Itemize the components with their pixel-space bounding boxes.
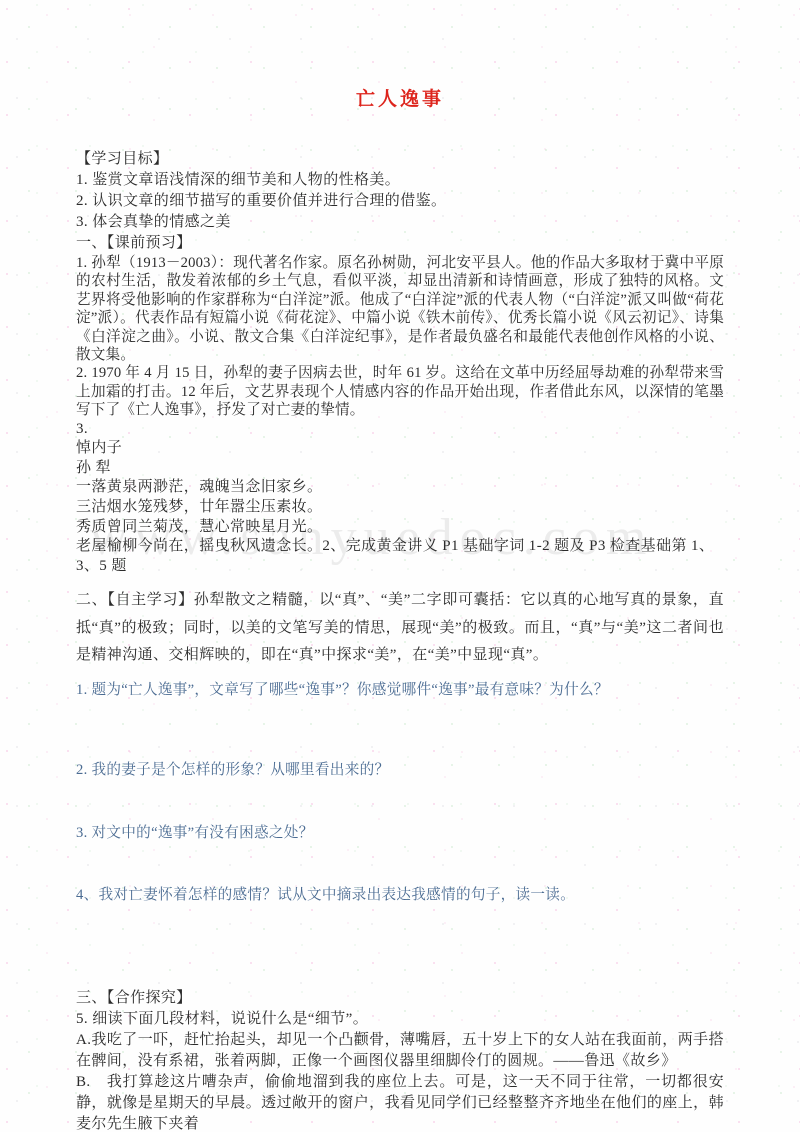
question-1: 1. 题为“亡人逸事”，文章写了哪些“逸事”？你感觉哪件“逸事”最有意味？为什么…: [76, 680, 724, 701]
document-page: www.sanyuedoc.com 亡人逸事 【学习目标】 1. 鉴赏文章语浅情…: [0, 0, 800, 1132]
preview-para-background: 2. 1970 年 4 月 15 日，孙犁的妻子因病去世，时年 61 岁。这给在…: [76, 364, 724, 419]
question-4: 4、我对亡妻怀着怎样的感情？试从文中摘录出表达我感情的句子，读一读。: [76, 885, 724, 906]
question-2: 2. 我的妻子是个怎样的形象？从哪里看出来的？: [76, 760, 724, 781]
study-goal-item-3: 3. 体会真挚的情感之美: [76, 212, 724, 233]
material-b: B. 我打算趁这片嘈杂声，偷偷地溜到我的座位上去。可是，这一天不同于往常，一切都…: [76, 1072, 724, 1132]
explore-item-5: 5. 细读下面几段材料，说说什么是“细节”。: [76, 1009, 724, 1030]
study-goal-item-2: 2. 认识文章的细节描写的重要价值并进行合理的借鉴。: [76, 191, 724, 212]
poem-line-1: 一落黄泉两渺茫，魂魄当念旧家乡。: [76, 478, 724, 498]
poem-line-3: 秀质曾同兰菊茂，慧心常映星月光。: [76, 518, 724, 538]
study-goals-heading: 【学习目标】: [76, 149, 724, 170]
poem-line-4-with-task: 老屋榆柳今尚在，摇曳秋风遗念长。2、完成黄金讲义 P1 基础字词 1-2 题及 …: [76, 537, 724, 576]
material-a: A.我吃了一吓，赶忙抬起头，却见一个凸颧骨，薄嘴唇，五十岁上下的女人站在我面前，…: [76, 1030, 724, 1072]
question-3: 3. 对文中的“逸事”有没有困惑之处？: [76, 823, 724, 844]
document-content: 【学习目标】 1. 鉴赏文章语浅情深的细节美和人物的性格美。 2. 认识文章的细…: [0, 149, 800, 1132]
poem-line-2: 三沽烟水笼残梦，廿年嚣尘压素妆。: [76, 498, 724, 518]
poem-title: 悼内子: [76, 439, 724, 459]
preview-para-author-intro: 1. 孙犁（1913－2003）：现代著名作家。原名孙树勋，河北安平县人。他的作…: [76, 254, 724, 364]
poem-author: 孙 犁: [76, 459, 724, 479]
preview-heading: 一、【课前预习】: [76, 233, 724, 254]
study-goal-item-1: 1. 鉴赏文章语浅情深的细节美和人物的性格美。: [76, 170, 724, 191]
preview-item-3-label: 3.: [76, 420, 724, 440]
explore-heading: 三、【合作探究】: [76, 988, 724, 1009]
self-study-paragraph: 二、【自主学习】孙犁散文之精髓，以“真”、“美”二字即可囊括：它以真的心地写真的…: [76, 587, 724, 670]
document-title: 亡人逸事: [0, 0, 800, 111]
